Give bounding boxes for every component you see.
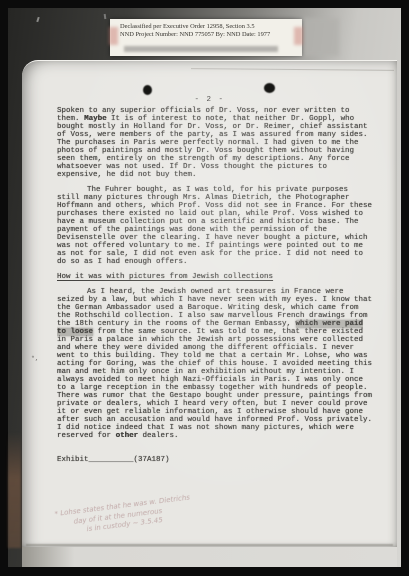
paragraph-3-text: dealers. <box>138 432 179 440</box>
dust-speck <box>36 17 39 22</box>
paragraph-3-text: from the same source. It was told to me,… <box>57 328 372 440</box>
paragraph-3: As I heard, the Jewish owned art treasur… <box>57 288 375 440</box>
dust-speck <box>104 14 107 19</box>
typewritten-text: Spoken to any superior officials of Dr. … <box>57 107 375 471</box>
stamp-line-2: NND Project Number: NND 775057 By: NND D… <box>120 31 302 39</box>
document-scan: Declassified per Executive Order 12958, … <box>0 0 409 576</box>
paragraph-2: The Fuhrer bought, as I was told, for hi… <box>57 186 375 266</box>
paragraph-1-text: It is of interest to note, that neither … <box>57 115 368 179</box>
blurred-stamp-bar <box>124 46 278 52</box>
overtyped-word: other <box>116 432 139 440</box>
section-heading: How it was with pictures from Jewish col… <box>57 273 375 281</box>
paragraph-1: Spoken to any superior officials of Dr. … <box>57 107 375 179</box>
stamp-ink-smear <box>109 27 118 45</box>
sheet-edge-line <box>191 68 394 71</box>
hole-punch-right <box>264 83 275 93</box>
page-number: - 2 - <box>22 96 397 104</box>
margin-annotation: *, <box>31 355 39 362</box>
page-bottom-edge <box>26 544 393 546</box>
exhibit-line: Exhibit__________(37A187) <box>57 456 375 464</box>
stamp-ink-smear <box>294 27 303 45</box>
overtyped-word: Maybe <box>84 115 107 123</box>
document-page: - 2 - Spoken to any superior officials o… <box>22 60 397 547</box>
declassification-stamp: Declassified per Executive Order 12958, … <box>110 19 302 56</box>
stamp-line-1: Declassified per Executive Order 12958, … <box>120 23 302 31</box>
backing-warm-edge <box>8 432 21 548</box>
backing-strip-bottom <box>22 547 397 567</box>
hole-punch-left <box>143 85 152 95</box>
